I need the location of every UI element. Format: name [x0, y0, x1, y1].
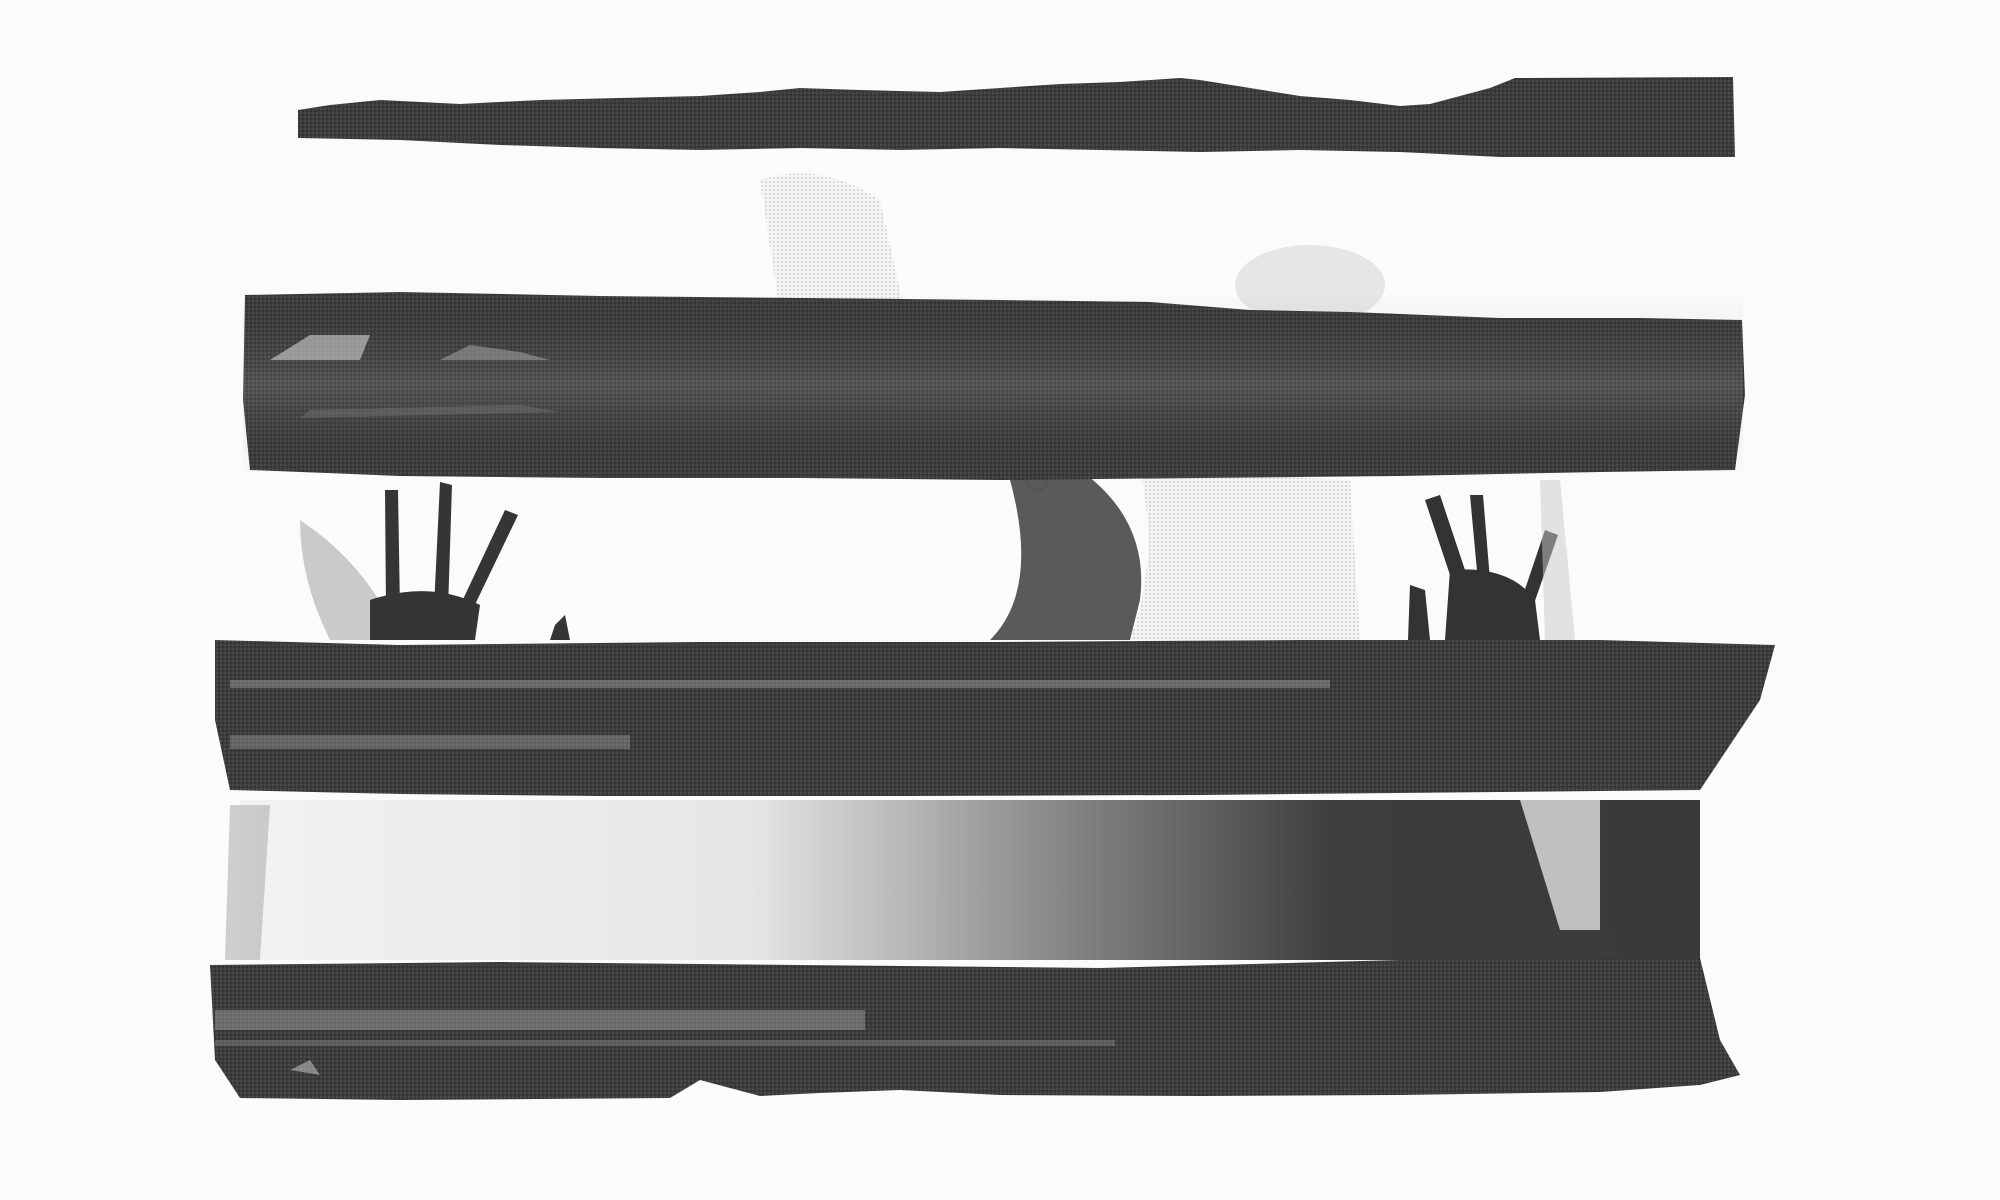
- lower-body: [225, 800, 1700, 960]
- right-hand: [1408, 480, 1575, 640]
- torn-strip-1: [298, 77, 1735, 157]
- torn-strip-3: [215, 640, 1775, 796]
- left-hand: [300, 482, 570, 640]
- face: [990, 470, 1360, 640]
- torn-strip-2: [243, 292, 1745, 480]
- torn-strip-4: [210, 958, 1740, 1100]
- halftone-collage: [0, 0, 2000, 1200]
